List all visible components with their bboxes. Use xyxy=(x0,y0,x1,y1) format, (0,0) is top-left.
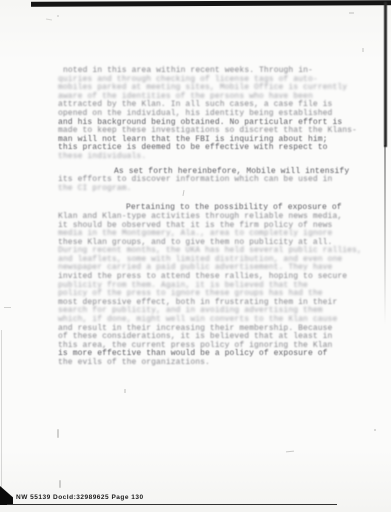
paragraph: Pertaining to the possibility of exposur… xyxy=(58,204,354,367)
scan-right-edge-fade xyxy=(384,145,386,325)
scan-speck xyxy=(374,429,376,431)
text-line: the CI program. xyxy=(58,185,354,194)
text-line: the evils of the organizations. xyxy=(58,359,354,368)
scan-corner-artifact xyxy=(0,486,13,505)
scan-speck xyxy=(59,480,61,488)
paragraph: noted in this area within recent weeks. … xyxy=(58,67,354,162)
scan-speck xyxy=(362,48,364,52)
scan-speck xyxy=(4,307,11,308)
scan-speck xyxy=(349,12,354,14)
paragraph: As set forth hereinbefore, Mobile will i… xyxy=(58,168,354,194)
release-stamp: NW 55139 DocId:32989625 Page 130 xyxy=(16,494,144,501)
scan-speck xyxy=(46,19,52,21)
text-line: these individuals. xyxy=(58,153,354,162)
scan-left-edge-shadow xyxy=(1,330,2,502)
scan-speck xyxy=(124,389,126,393)
scan-right-edge-artifact xyxy=(384,2,387,147)
scan-top-edge-artifact xyxy=(31,0,391,7)
scan-speck xyxy=(286,451,294,453)
document-body-text: noted in this area within recent weeks. … xyxy=(58,67,354,368)
scan-speck xyxy=(57,429,59,438)
footer-underline xyxy=(7,504,337,505)
scanned-document-page: noted in this area within recent weeks. … xyxy=(0,0,391,512)
scan-speck xyxy=(57,15,59,17)
